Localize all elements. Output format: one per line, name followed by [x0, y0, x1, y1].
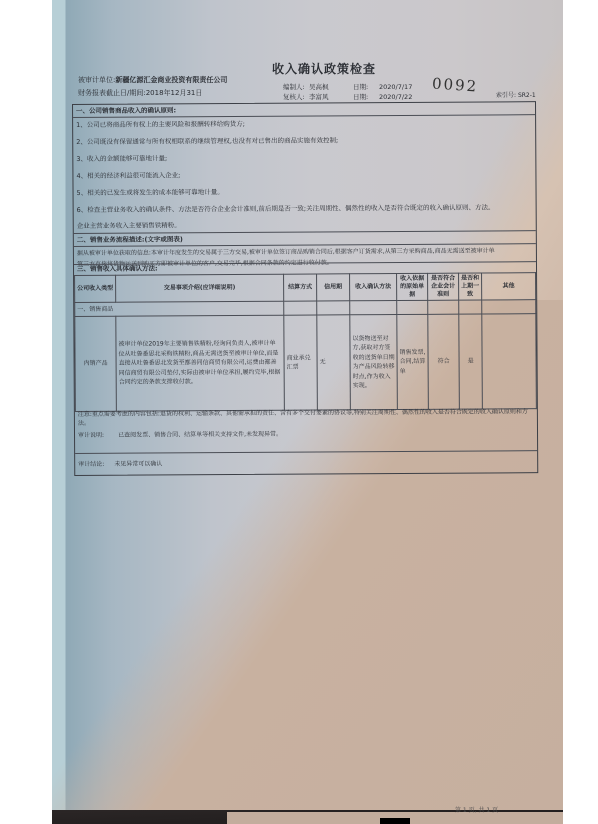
- index-label: 索引号:: [496, 92, 516, 99]
- principle-main-business: 企业主营业务收入主要销售铁精粉。: [77, 221, 181, 231]
- procedure-label: 审计说明:: [78, 432, 104, 439]
- reviewer-date: 2020/7/22: [379, 92, 412, 102]
- cell-settlement: 商业承兑汇票: [284, 315, 318, 410]
- preparer-name: 吴高枫: [309, 82, 341, 92]
- empty-cell: [482, 300, 536, 314]
- cell-other: [482, 314, 537, 409]
- table-row: 内销产品 被审计单位2019年主要销售铁精粉,经询问负责人,被审计单位从吐鲁番思…: [75, 314, 537, 412]
- col-consistent: 是否和上期一致: [459, 273, 482, 300]
- divider: [75, 450, 537, 454]
- preparer-date-label: 日期:: [353, 82, 379, 92]
- group-label: 一、销售商品: [75, 301, 284, 316]
- col-income-type: 公司收入类型: [75, 275, 116, 302]
- header-meta: 编制人:吴高枫日期:2020/7/17 复核人:李富风日期:2020/7/22: [283, 82, 412, 102]
- section3-title: 三、销售收入具体确认方法:: [77, 264, 158, 273]
- binder-tab: [380, 818, 410, 824]
- col-source-docs: 收入依据的原始单据: [397, 273, 428, 300]
- auditee-label: 被审计单位:: [78, 76, 115, 84]
- empty-cell: [350, 301, 397, 315]
- worksheet-frame: 一、公司销售商品收入的确认原则: 1、公司已将商品所有权上的主要风险和报酬转移给…: [72, 101, 538, 476]
- principle-4: 4、相关的经济利益很可能流入企业;: [76, 171, 180, 181]
- reviewer-date-label: 日期:: [353, 92, 379, 102]
- col-other: 其他: [482, 273, 536, 300]
- note-label: 注意:: [78, 411, 92, 418]
- period-value: 2018年12月31日: [146, 89, 203, 97]
- principle-3: 3、收入的金额能够可靠地计量;: [76, 154, 167, 164]
- table-header-row: 公司收入类型 交易事项介绍(应详细说明) 结算方式 信用期 收入确认方法 收入依…: [75, 273, 536, 303]
- preparer-label: 编制人:: [283, 82, 309, 92]
- reviewer-label: 复核人:: [283, 92, 309, 102]
- auditee-name: 新疆亿源汇金商业投资有限责任公司: [115, 76, 227, 84]
- empty-cell: [428, 300, 459, 314]
- section2-title: 二、销售业务流程描述:(文字或图表): [77, 235, 183, 245]
- period-label: 财务报表截止日/期间:: [78, 89, 146, 97]
- audit-procedure: 审计说明:已查阅发票、销售合同、结算单等相关支持文件,未发现异常。: [78, 430, 282, 440]
- col-settlement: 结算方式: [284, 274, 317, 301]
- conclusion-label: 审计结论:: [78, 461, 104, 468]
- col-description: 交易事项介绍(应详细说明): [116, 274, 284, 302]
- col-recognition-method: 收入确认方法: [350, 274, 397, 301]
- note-text: 重点需要考虑的内容包括:退货的权利、运输条款、其他需承担的责任、含有多个交付要素…: [78, 408, 528, 427]
- page-number: 第 1 页, 共 1 页: [455, 806, 498, 816]
- header-left: 被审计单位:新疆亿源汇金商业投资有限责任公司 财务报表截止日/期间:2018年1…: [78, 75, 227, 101]
- cell-compliant: 符合: [428, 314, 460, 409]
- cell-source-docs: 销售发票,合同,结算单: [397, 314, 429, 409]
- section1-title: 一、公司销售商品收入的确认原则:: [76, 106, 176, 116]
- process-line-1: 据从被审计单位获取的信息:本审计年度发生的交易属于三方交易,被审计单位签订商品购…: [77, 246, 495, 258]
- reviewer-name: 李富风: [309, 92, 341, 102]
- handwritten-number: 0092: [432, 78, 479, 91]
- audit-conclusion: 审计结论:未见异常可以确认: [78, 459, 162, 469]
- col-compliant: 是否符合企业会计准则: [428, 273, 459, 300]
- document-title: 收入确认政策检查: [272, 64, 376, 74]
- cell-description: 被审计单位2019年主要销售铁精粉,经询问负责人,被审计单位从吐鲁番思北采购铁精…: [116, 315, 285, 411]
- empty-cell: [317, 301, 350, 315]
- conclusion-text: 未见异常可以确认: [114, 460, 162, 467]
- principle-1: 1、公司已将商品所有权上的主要风险和报酬转移给购货方;: [76, 120, 245, 130]
- cell-consistent: 是: [459, 314, 483, 409]
- divider: [74, 230, 536, 234]
- principle-2: 2、公司既没有保留通常与所有权相联系的继续管理权,也没有对已售出的商品实施有效控…: [76, 136, 338, 147]
- index-value: SR2-1: [518, 92, 536, 99]
- col-credit-period: 信用期: [317, 274, 350, 301]
- principle-5: 5、相关的已发生或将发生的成本能够可靠地计量。: [77, 188, 224, 198]
- note: 注意:重点需要考虑的内容包括:退货的权利、运输条款、其他需承担的责任、含有多个交…: [78, 407, 530, 428]
- cell-credit-period: 无: [317, 315, 351, 410]
- empty-cell: [459, 300, 482, 314]
- procedure-text: 已查阅发票、销售合同、结算单等相关支持文件,未发现异常。: [118, 431, 282, 439]
- preparer-date: 2020/7/17: [379, 82, 412, 92]
- index-number: 索引号: SR2-1: [496, 91, 536, 101]
- empty-cell: [397, 300, 428, 314]
- principle-6: 6、检查主营业务收入的确认条件、方法是否符合企业会计准则,前后期是否一致;关注周…: [77, 203, 495, 215]
- empty-cell: [284, 301, 317, 315]
- cell-income-type: 内销产品: [75, 316, 117, 411]
- cell-recognition-method: 以货物送至对方,获取对方签收的送货单日期为产品风险转移时点,作为收入实现。: [350, 315, 398, 410]
- recognition-table: 公司收入类型 交易事项介绍(应详细说明) 结算方式 信用期 收入确认方法 收入依…: [74, 272, 537, 412]
